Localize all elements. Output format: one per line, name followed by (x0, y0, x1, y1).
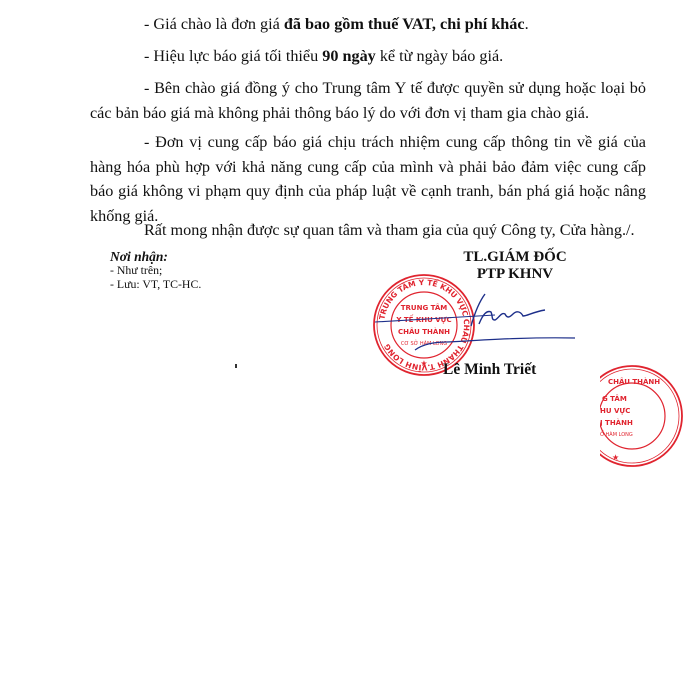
svg-text:CHÂU THÀNH: CHÂU THÀNH (608, 377, 660, 386)
signature-icon (375, 290, 605, 360)
recipients-title: Nơi nhận: (110, 249, 201, 264)
svg-text:★: ★ (612, 453, 619, 462)
recipient-item: - Như trên; (110, 264, 201, 278)
recipients-block: Nơi nhận: - Như trên; - Lưu: VT, TC-HC. (110, 249, 201, 291)
svg-text:J THÀNH: J THÀNH (600, 418, 633, 427)
speck-mark (235, 364, 237, 368)
svg-text:HU VỰC: HU VỰC (600, 407, 630, 415)
svg-text:Ổ HÀM LONG: Ổ HÀM LONG (600, 430, 633, 438)
paragraph-validity: - Hiệu lực báo giá tối thiểu 90 ngày kể … (90, 44, 646, 69)
paragraph-closing: Rất mong nhận được sự quan tâm và tham g… (90, 218, 646, 243)
paragraph-rights: - Bên chào giá đồng ý cho Trung tâm Y tế… (90, 76, 646, 125)
recipient-item: - Lưu: VT, TC-HC. (110, 278, 201, 292)
paragraph-vat: - Giá chào là đơn giá đã bao gồm thuế VA… (90, 12, 646, 37)
partial-stamp: CHÂU THÀNH G TÂM HU VỰC J THÀNH Ổ HÀM LO… (600, 365, 687, 467)
svg-text:★: ★ (420, 359, 427, 368)
paragraph-responsibility: - Đơn vị cung cấp báo giá chịu trách nhi… (90, 130, 646, 228)
signature-title: TL.GIÁM ĐỐC (440, 249, 590, 266)
svg-text:G TÂM: G TÂM (602, 394, 627, 403)
signer-name: Lê Minh Triết (443, 361, 536, 379)
